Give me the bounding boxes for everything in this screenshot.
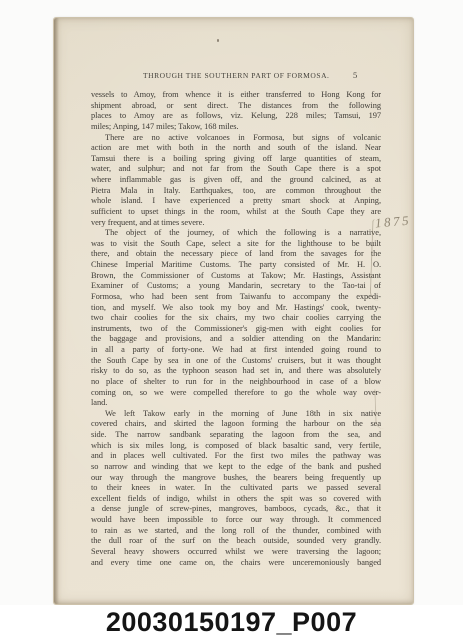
text-line: Chinese Imperial Maritime Customs. The p… [91, 260, 381, 271]
text-line: to rain as we started, and the long roll… [91, 526, 381, 537]
text-line: there, and obtain the necessary piece of… [91, 249, 381, 260]
text-line: which is six miles long, is composed of … [91, 441, 381, 452]
text-line: We left Takow early in the morning of Ju… [91, 409, 381, 420]
text-line: excellent fields of indigo, whilst in ot… [91, 494, 381, 505]
text-line: was to visit the South Cape, select a si… [91, 239, 381, 250]
text-line: The object of the journey, of which the … [91, 228, 381, 239]
text-line: very frequent, and at times severe. [91, 218, 381, 229]
text-line: Several heavy showers occurred whilst we… [91, 547, 381, 558]
scan-backdrop: THROUGH THE SOUTHERN PART OF FORMOSA. 5 … [0, 0, 463, 640]
text-line: Pietra Mala in Italy. Earthquakes, too, … [91, 186, 381, 197]
text-line: and in places well cultivated. For the f… [91, 451, 381, 462]
text-line: Formosa, who had been sent from Taiwanfu… [91, 292, 381, 303]
page-number: 5 [353, 70, 357, 80]
pencil-margin-line-lower [374, 389, 383, 429]
catalog-number: 20030150197_P007 [0, 605, 463, 639]
text-line: our way through the mangrove bushes, the… [91, 473, 381, 484]
text-line: where inflammable gas is given off, and … [91, 175, 381, 186]
text-line: two chair coolies for the six chairs, my… [91, 313, 381, 324]
text-line: no place of shelter to run for in the ne… [91, 377, 381, 388]
text-line: would have been impossible to force our … [91, 515, 381, 526]
text-line: tion, and myself. We also took my boy an… [91, 303, 381, 314]
text-line: instruments, two of the Commissioner's g… [91, 324, 381, 335]
text-line: land. [91, 398, 381, 409]
page-gutter-shadow [54, 18, 59, 604]
text-line: There are no active volcanoes in Formosa… [91, 133, 381, 144]
text-line: sufficient to upset things in the room, … [91, 207, 381, 218]
text-line: the dull roar of the surf on the beach o… [91, 536, 381, 547]
text-line: Brown, the Commissioner of Customs at Ta… [91, 271, 381, 282]
text-line: water, and sulphur; and not far from the… [91, 164, 381, 175]
text-line: and every time one came on, the chairs w… [91, 558, 381, 569]
text-line: side. The narrow sandbank separating the… [91, 430, 381, 441]
text-line: in all a party of forty-one. We had at f… [91, 345, 381, 356]
text-line: action are met with both in the north an… [91, 143, 381, 154]
running-title: THROUGH THE SOUTHERN PART OF FORMOSA. [143, 71, 329, 80]
paper-speck [217, 39, 219, 42]
text-line: to their knees in water. In the cultivat… [91, 483, 381, 494]
text-line: Tamsui there is a boiling spring giving … [91, 154, 381, 165]
text-line: covered chairs, and skirted the lagoon f… [91, 419, 381, 430]
text-line: shipment abroad, or sent direct. The dis… [91, 101, 381, 112]
paragraph: vessels to Amoy, from whence it is eithe… [91, 90, 381, 133]
text-line: the South Cape by sea in one of the Cust… [91, 356, 381, 367]
text-line: risky to do so, as the typhoon season ha… [91, 366, 381, 377]
text-line: places to Amoy are as follows, viz. Kelu… [91, 111, 381, 122]
text-line: the baggage and provisions, and a soldie… [91, 334, 381, 345]
text-line: Examiner of Customs; a young Mandarin, s… [91, 281, 381, 292]
text-line: vessels to Amoy, from whence it is eithe… [91, 90, 381, 101]
book-page: THROUGH THE SOUTHERN PART OF FORMOSA. 5 … [53, 17, 414, 605]
catalog-label-bar: 20030150197_P007 [0, 605, 463, 640]
paragraph: The object of the journey, of which the … [91, 228, 381, 409]
text-line: a dense jungle of screw-pines, mangroves… [91, 504, 381, 515]
text-line: coming on, so we were compelled therefor… [91, 388, 381, 399]
paragraph: There are no active volcanoes in Formosa… [91, 133, 381, 229]
paragraph: We left Takow early in the morning of Ju… [91, 409, 381, 568]
text-line: miles; Anping, 147 miles; Takow, 168 mil… [91, 122, 381, 133]
page-body: vessels to Amoy, from whence it is eithe… [91, 90, 381, 568]
text-line: whole island. I have experienced a prett… [91, 196, 381, 207]
text-line: so narrow and winding that we kept to th… [91, 462, 381, 473]
